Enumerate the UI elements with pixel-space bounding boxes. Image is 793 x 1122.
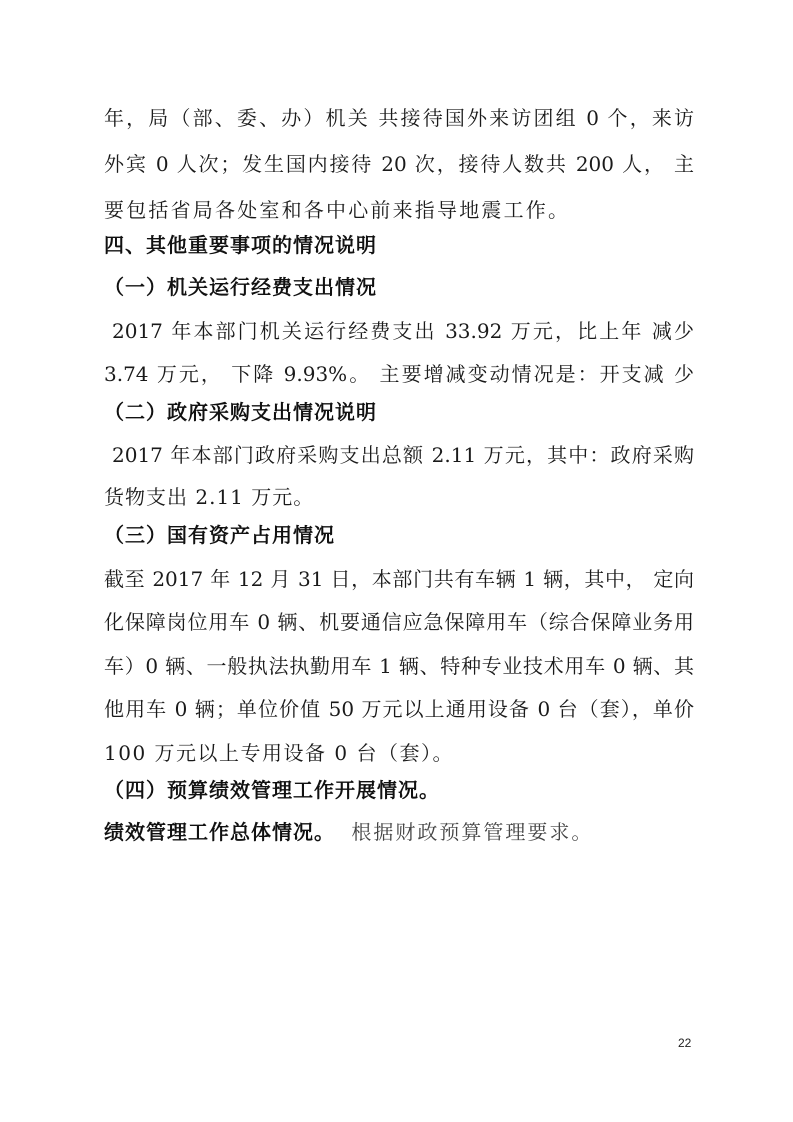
section-heading: 四、其他重要事项的情况说明 — [104, 231, 694, 259]
body-text-line: 要包括省局各处室和各中心前来指导地震工作。 — [104, 196, 694, 224]
body-text-line: 年，局（部、委、办）机关 共接待国外来访团组 0 个，来访 — [104, 104, 694, 132]
subsection-heading: （二）政府采购支出情况说明 — [104, 398, 694, 426]
page-number: 22 — [678, 1036, 691, 1050]
body-text-line: 化保障岗位用车 0 辆、机要通信应急保障用车（综合保障业务用 — [104, 608, 694, 636]
body-text: 根据财政预算管理要求。 — [351, 820, 593, 844]
bold-lead-text: 绩效管理工作总体情况。 — [104, 820, 335, 844]
body-text-line: 2017 年本部门政府采购支出总额 2.11 万元，其中：政府采购 — [112, 441, 694, 469]
body-text-line: 截至 2017 年 12 月 31 日，本部门共有车辆 1 辆，其中， 定向 — [104, 565, 694, 593]
body-text-line: 车）0 辆、一般执法执勤用车 1 辆、特种专业技术用车 0 辆、其 — [104, 652, 694, 680]
subsection-heading: （一）机关运行经费支出情况 — [104, 273, 694, 301]
body-text-line: 外宾 0 人次；发生国内接待 20 次，接待人数共 200 人， 主 — [104, 150, 694, 178]
body-text-line: 3.74 万元， 下降 9.93%。 主要增减变动情况是：开支减 少 — [104, 360, 694, 388]
body-text-line: 绩效管理工作总体情况。 根据财政预算管理要求。 — [104, 818, 694, 846]
document-page: 年，局（部、委、办）机关 共接待国外来访团组 0 个，来访 外宾 0 人次；发生… — [0, 0, 793, 1122]
body-text-line: 100 万元以上专用设备 0 台（套）。 — [104, 739, 694, 767]
body-text-line: 2017 年本部门机关运行经费支出 33.92 万元，比上年 减少 — [112, 317, 694, 345]
subsection-heading: （三）国有资产占用情况 — [104, 521, 694, 549]
body-text-line: 货物支出 2.11 万元。 — [104, 483, 694, 511]
body-text-line: 他用车 0 辆；单位价值 50 万元以上通用设备 0 台（套），单价 — [104, 695, 694, 723]
subsection-heading: （四）预算绩效管理工作开展情况。 — [104, 776, 694, 804]
